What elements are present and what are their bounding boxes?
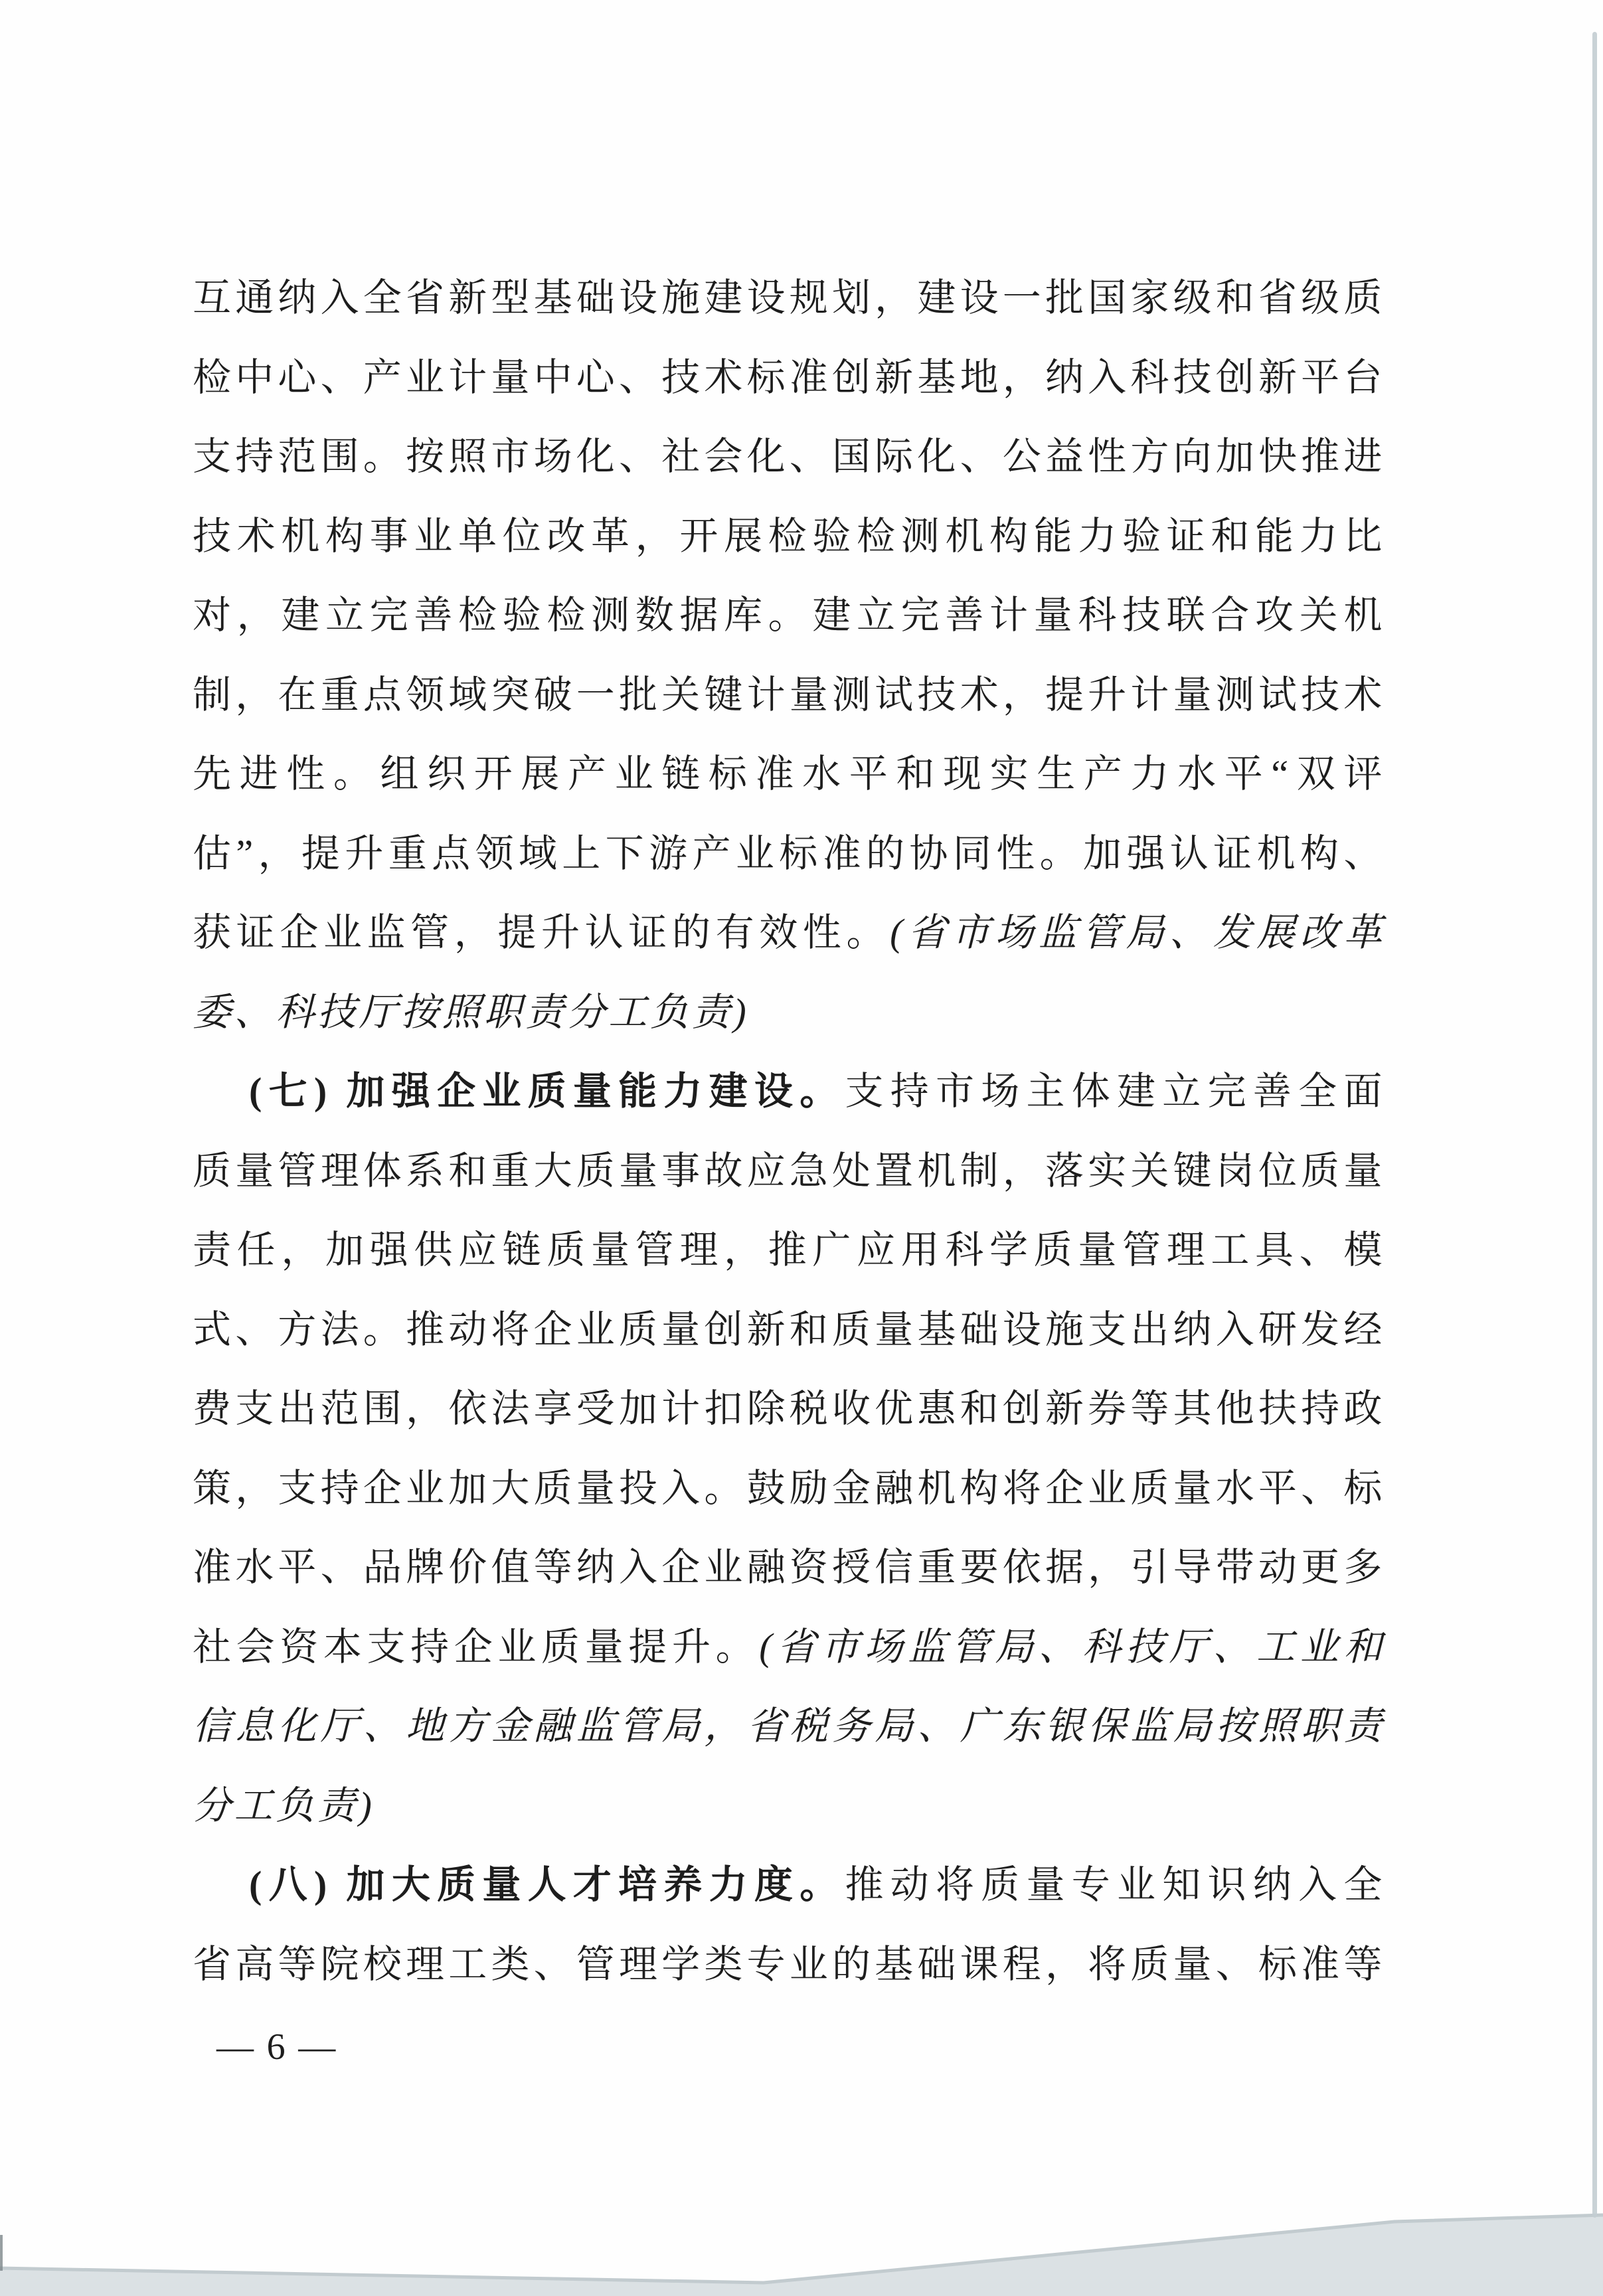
text-segment: 质量管理体系和重大质量事故应急处置机制，落实关键岗位质量 [193, 1149, 1385, 1192]
text-segment: 推动将质量专业知识纳入全 [845, 1863, 1385, 1906]
page-edge-line [1592, 32, 1597, 2218]
text-line: 责任，加强供应链质量管理，推广应用科学质量管理工具、模 [193, 1210, 1385, 1290]
text-line: 制，在重点领域突破一批关键计量测试技术，提升计量测试技术 [193, 655, 1385, 735]
item-heading-segment: (七) 加强企业质量能力建设。 [249, 1070, 845, 1113]
bottom-shadow-edge [0, 2215, 1603, 2283]
text-line: 技术机构事业单位改革，开展检验检测机构能力验证和能力比 [193, 497, 1385, 576]
text-line: 委、科技厅按照职责分工负责) [193, 973, 1385, 1052]
text-segment: 社会资本支持企业质量提升。 [193, 1625, 759, 1669]
text-segment: 责任，加强供应链质量管理，推广应用科学质量管理工具、模 [193, 1228, 1385, 1271]
text-segment: 互通纳入全省新型基础设施建设规划，建设一批国家级和省级质 [193, 276, 1385, 319]
document-body: 互通纳入全省新型基础设施建设规划，建设一批国家级和省级质 检中心、产业计量中心、… [193, 258, 1385, 2004]
text-line: 费支出范围，依法享受加计扣除税收优惠和创新券等其他扶持政 [193, 1369, 1385, 1449]
text-segment: 省高等院校理工类、管理学类专业的基础课程，将质量、标准等 [193, 1943, 1385, 1986]
responsibility-annotation-segment: 委、科技厅按照职责分工负责) [193, 991, 749, 1034]
text-line: 对，建立完善检验检测数据库。建立完善计量科技联合攻关机 [193, 576, 1385, 655]
text-line: 准水平、品牌价值等纳入企业融资授信重要依据，引导带动更多 [193, 1528, 1385, 1607]
document-page: 互通纳入全省新型基础设施建设规划，建设一批国家级和省级质 检中心、产业计量中心、… [0, 0, 1603, 2296]
text-line: 先进性。组织开展产业链标准水平和现实生产力水平“双评 [193, 734, 1385, 814]
text-segment: 技术机构事业单位改革，开展检验检测机构能力验证和能力比 [193, 515, 1385, 558]
text-line: 省高等院校理工类、管理学类专业的基础课程，将质量、标准等 [193, 1925, 1385, 2005]
text-segment: 支持范围。按照市场化、社会化、国际化、公益性方向加快推进 [193, 435, 1385, 478]
text-segment: 估”，提升重点领域上下游产业标准的协同性。加强认证机构、 [193, 832, 1385, 875]
text-line: 获证企业监管，提升认证的有效性。(省市场监管局、发展改革 [193, 893, 1385, 973]
page-number: — 6 — [216, 2018, 337, 2076]
text-segment: 式、方法。推动将企业质量创新和质量基础设施支出纳入研发经 [193, 1308, 1385, 1351]
item-heading-segment: (八) 加大质量人才培养力度。 [249, 1863, 845, 1906]
text-segment: 获证企业监管，提升认证的有效性。 [193, 911, 890, 954]
text-line: 支持范围。按照市场化、社会化、国际化、公益性方向加快推进 [193, 417, 1385, 497]
text-line: 策，支持企业加大质量投入。鼓励金融机构将企业质量水平、标 [193, 1449, 1385, 1528]
text-segment: 检中心、产业计量中心、技术标准创新基地，纳入科技创新平台 [193, 356, 1385, 399]
text-line: 信息化厅、地方金融监管局，省税务局、广东银保监局按照职责 [193, 1686, 1385, 1766]
text-line: (七) 加强企业质量能力建设。支持市场主体建立完善全面 [193, 1052, 1385, 1131]
text-line: 检中心、产业计量中心、技术标准创新基地，纳入科技创新平台 [193, 338, 1385, 418]
text-segment: 准水平、品牌价值等纳入企业融资授信重要依据，引导带动更多 [193, 1546, 1385, 1589]
left-edge-mark [0, 2235, 3, 2271]
responsibility-annotation-segment: (省市场监管局、科技厅、工业和 [759, 1625, 1385, 1669]
text-line: 估”，提升重点领域上下游产业标准的协同性。加强认证机构、 [193, 814, 1385, 894]
text-line: 互通纳入全省新型基础设施建设规划，建设一批国家级和省级质 [193, 258, 1385, 338]
text-line: 分工负责) [193, 1766, 1385, 1846]
text-segment: 支持市场主体建立完善全面 [845, 1070, 1385, 1113]
text-line: 式、方法。推动将企业质量创新和质量基础设施支出纳入研发经 [193, 1290, 1385, 1370]
text-line: 社会资本支持企业质量提升。(省市场监管局、科技厅、工业和 [193, 1607, 1385, 1687]
responsibility-annotation-segment: (省市场监管局、发展改革 [890, 911, 1385, 954]
responsibility-annotation-segment: 分工负责) [193, 1784, 375, 1827]
bottom-scan-shadow [0, 2215, 1603, 2296]
text-line: (八) 加大质量人才培养力度。推动将质量专业知识纳入全 [193, 1845, 1385, 1925]
responsibility-annotation-segment: 信息化厅、地方金融监管局，省税务局、广东银保监局按照职责 [193, 1704, 1385, 1748]
text-segment: 费支出范围，依法享受加计扣除税收优惠和创新券等其他扶持政 [193, 1387, 1385, 1430]
text-line: 质量管理体系和重大质量事故应急处置机制，落实关键岗位质量 [193, 1131, 1385, 1211]
text-segment: 对，建立完善检验检测数据库。建立完善计量科技联合攻关机 [193, 594, 1385, 637]
text-segment: 先进性。组织开展产业链标准水平和现实生产力水平“双评 [193, 752, 1385, 795]
text-segment: 策，支持企业加大质量投入。鼓励金融机构将企业质量水平、标 [193, 1467, 1385, 1510]
text-segment: 制，在重点领域突破一批关键计量测试技术，提升计量测试技术 [193, 673, 1385, 716]
